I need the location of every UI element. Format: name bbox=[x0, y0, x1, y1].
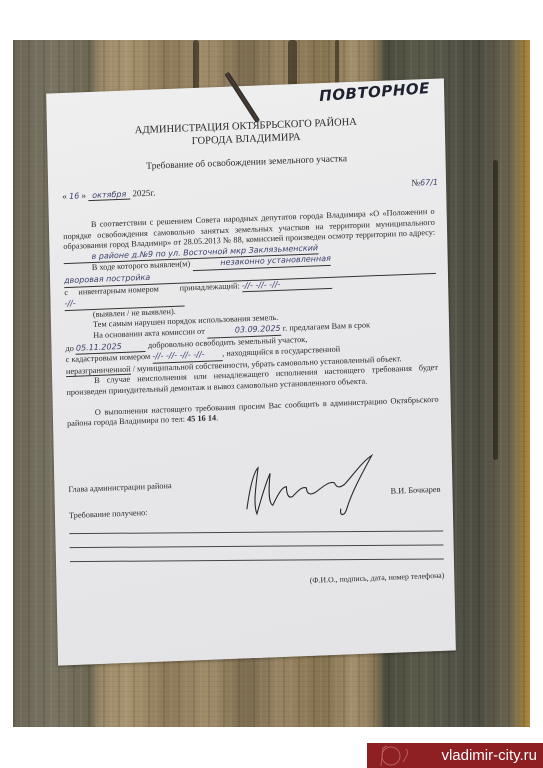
received-label: Требование получено: bbox=[69, 508, 148, 520]
recipient-lines bbox=[69, 519, 444, 575]
inventory-prefix: с bbox=[64, 288, 68, 297]
date-quote-open: « bbox=[62, 191, 67, 201]
number-value: 67/1 bbox=[420, 178, 438, 188]
deadline-prefix: до bbox=[65, 343, 74, 352]
cadastral-label: с кадастровым номером bbox=[66, 352, 151, 364]
owner-label: принадлежащий: bbox=[179, 281, 239, 292]
recipient-line-3 bbox=[70, 558, 444, 562]
report-phone: 45 16 14 bbox=[187, 413, 216, 423]
issue-date: « 16 » октября 2025г. bbox=[62, 188, 155, 202]
date-year: 2025г. bbox=[132, 188, 155, 199]
wood-crack bbox=[493, 160, 498, 460]
basis-text: В соответствии с решением Совета народны… bbox=[63, 207, 435, 251]
signer-name: В.И. Бочкарев bbox=[390, 485, 440, 496]
report-end: . bbox=[216, 413, 218, 422]
date-quote-close: » bbox=[81, 190, 86, 200]
notice-paper: ПОВТОРНОЕ АДМИНИСТРАЦИЯ ОКТЯБРЬСКОГО РАЙ… bbox=[46, 78, 456, 665]
owner-value: -//- -//- -//- bbox=[242, 277, 332, 292]
recipient-line-2 bbox=[70, 544, 444, 548]
issuer-header: АДМИНИСТРАЦИЯ ОКТЯБРЬСКОГО РАЙОНА ГОРОДА… bbox=[47, 112, 445, 153]
watermark-site[interactable]: vladimir-city.ru bbox=[441, 747, 537, 764]
watermark-banner[interactable]: vladimir-city.ru bbox=[367, 743, 543, 768]
document-number: №67/1 bbox=[411, 177, 438, 188]
act-suffix: г. предлагаем Вам в срок bbox=[283, 320, 371, 332]
recipient-line-1 bbox=[69, 530, 443, 534]
date-number-line: « 16 » октября 2025г. №67/1 bbox=[62, 177, 438, 201]
inventory-label: инвентарным номером bbox=[78, 284, 159, 296]
recipient-caption: (Ф.И.О., подпись, дата, номер телефона) bbox=[310, 571, 445, 585]
date-month: октября bbox=[88, 190, 130, 202]
notice-body: В соответствии с решением Совета народны… bbox=[63, 207, 439, 430]
signer-title: Глава администрации района bbox=[68, 481, 171, 494]
handwritten-signature-icon bbox=[234, 449, 385, 525]
date-day: 16 bbox=[69, 191, 79, 200]
document-title: Требование об освобождении земельного уч… bbox=[48, 150, 446, 175]
number-label: № bbox=[411, 177, 420, 187]
wood-crack bbox=[335, 40, 339, 85]
lion-emblem-icon bbox=[373, 744, 413, 768]
repeat-stamp: ПОВТОРНОЕ bbox=[319, 79, 431, 105]
